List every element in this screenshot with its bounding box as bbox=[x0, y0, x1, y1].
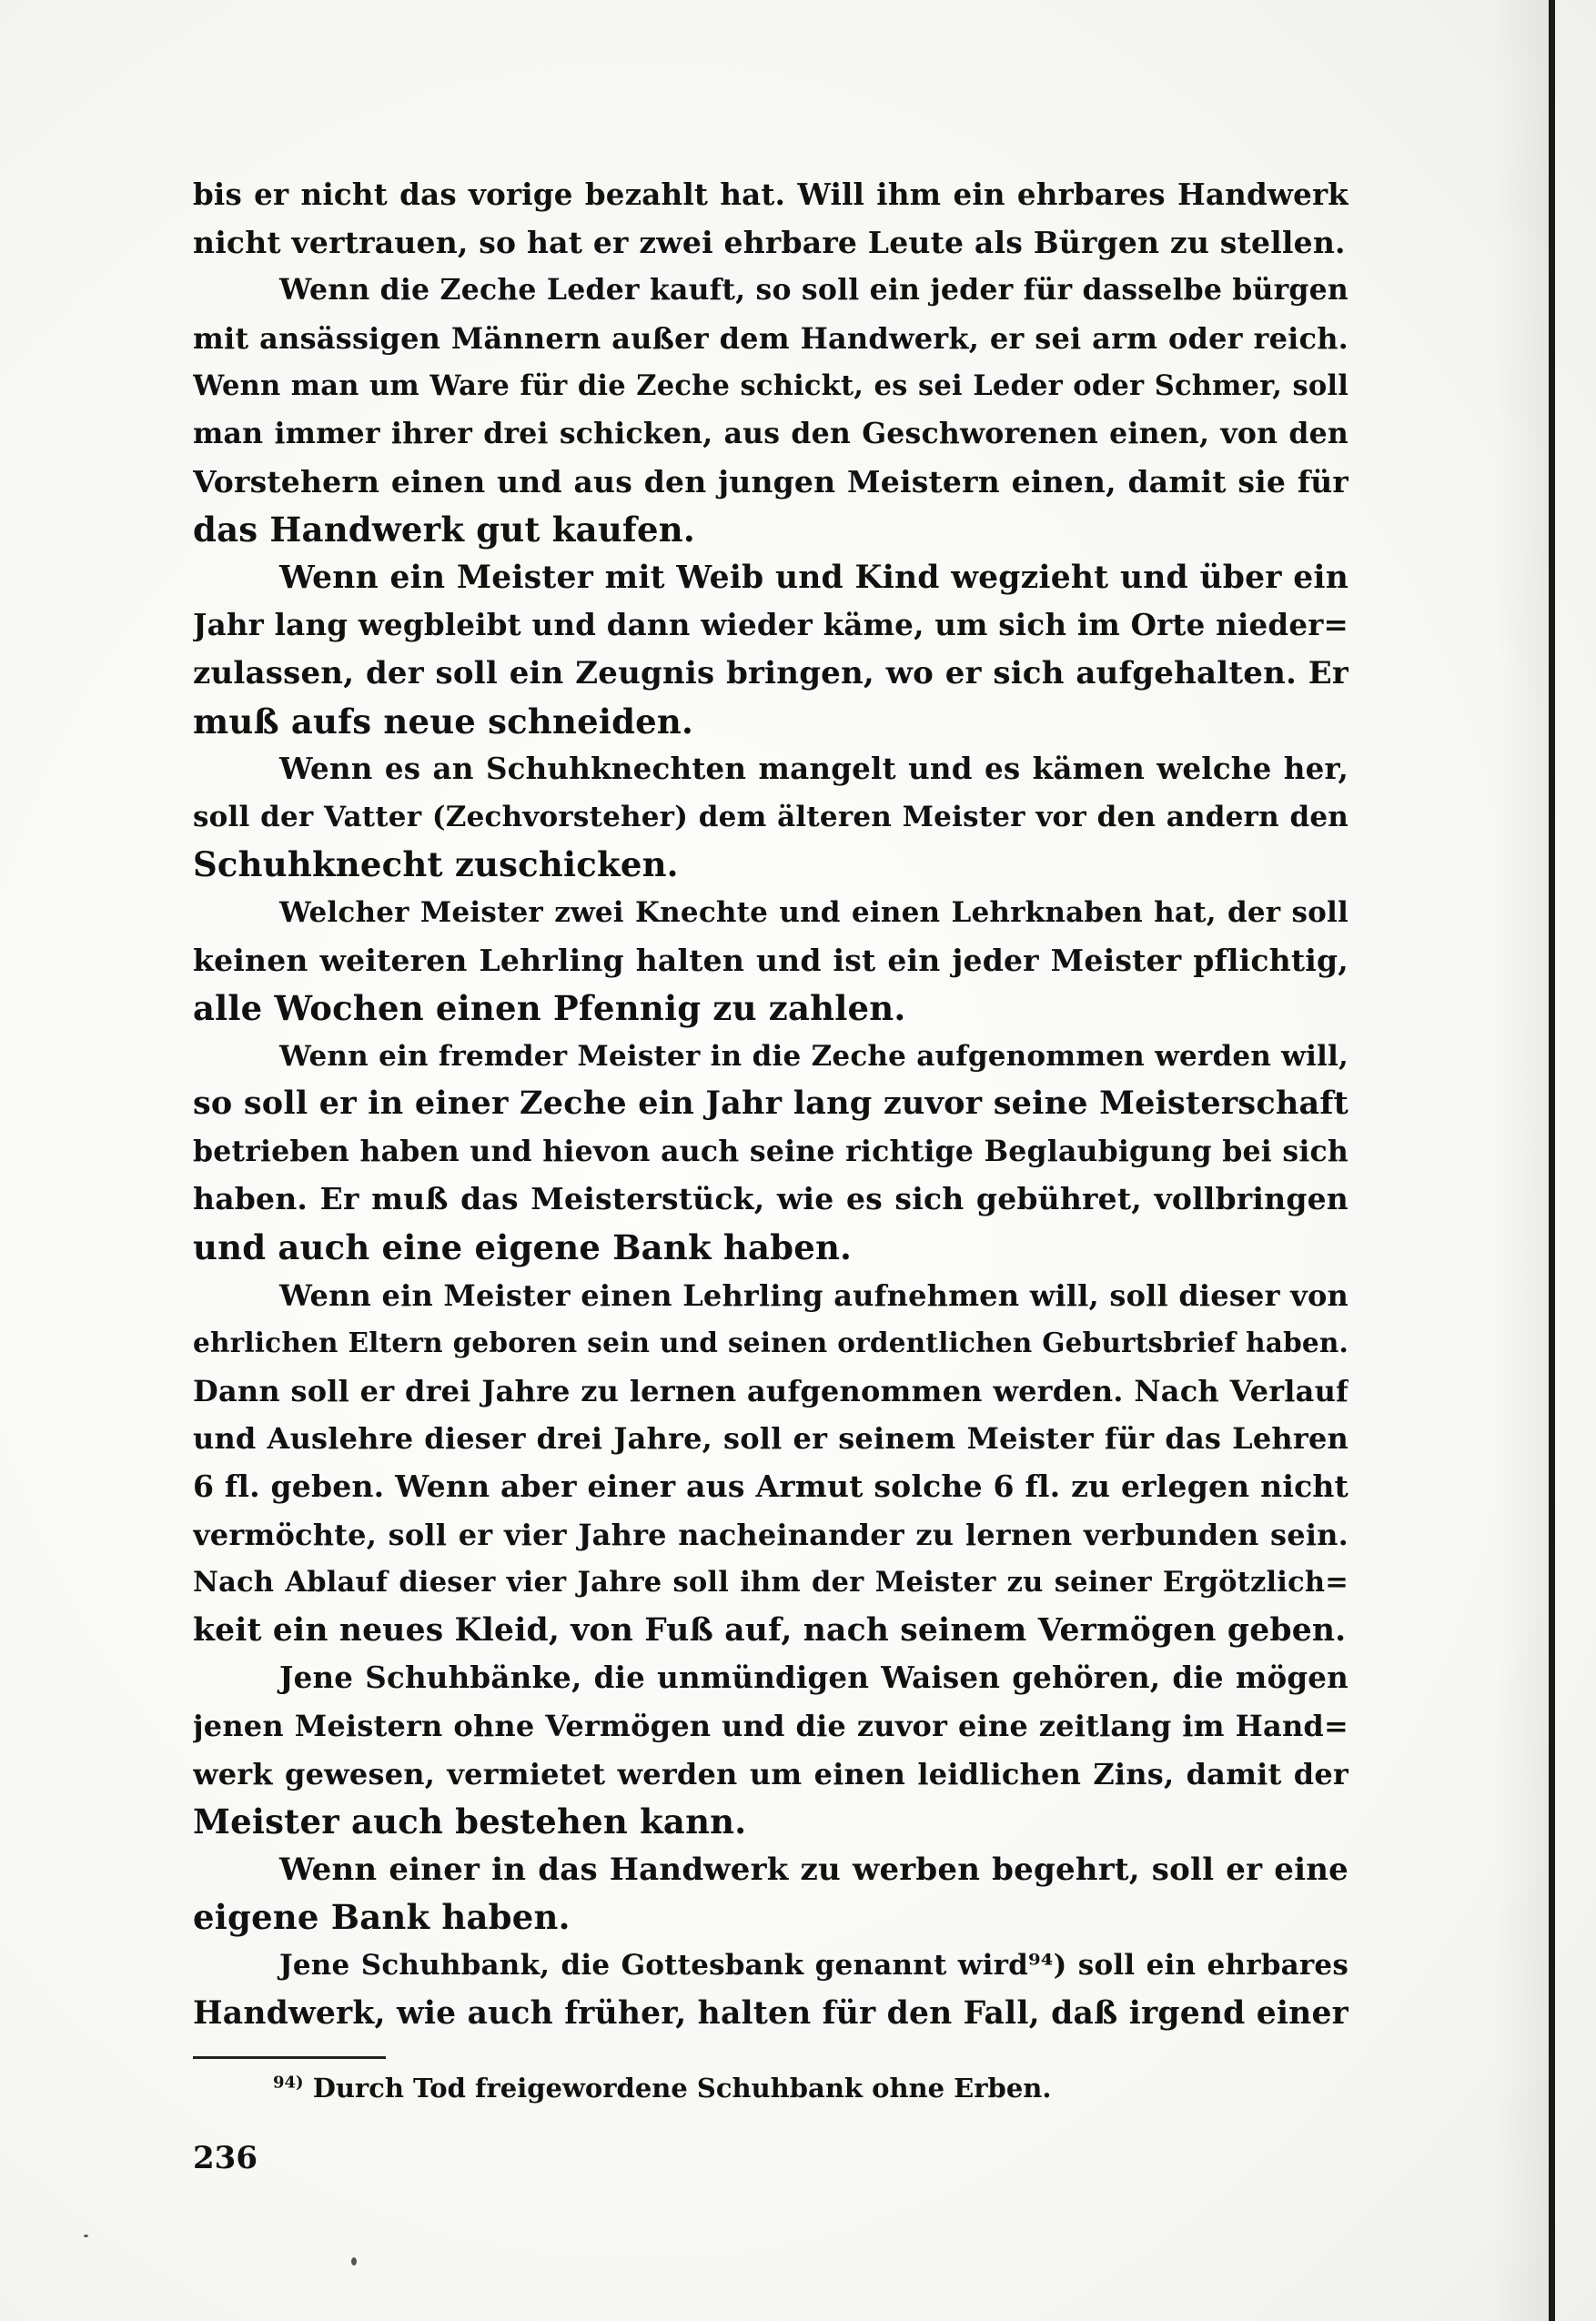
text-line: Vorstehern einen und aus den jungen Meis… bbox=[193, 459, 1349, 507]
text-line: vermöchte, soll er vier Jahre nacheinand… bbox=[193, 1511, 1349, 1559]
text-line: nicht vertrauen, so hat er zwei ehrbare … bbox=[193, 219, 1349, 267]
text-line: eigene Bank haben. bbox=[193, 1893, 1349, 1942]
book-binding-edge bbox=[1549, 0, 1555, 2321]
text-line: zulassen, der soll ein Zeugnis bringen, … bbox=[193, 650, 1349, 698]
text-line: und Auslehre dieser drei Jahre, soll er … bbox=[193, 1415, 1349, 1463]
text-line: und auch eine eigene Bank haben. bbox=[193, 1224, 1349, 1272]
text-line: Wenn man um Ware für die Zeche schickt, … bbox=[193, 362, 1349, 410]
text-line: Wenn ein fremder Meister in die Zeche au… bbox=[193, 1033, 1349, 1081]
text-line: Jene Schuhbänke, die unmündigen Waisen g… bbox=[193, 1654, 1349, 1702]
text-line: Wenn es an Schuhknechten mangelt und es … bbox=[193, 745, 1349, 793]
text-line: betrieben haben und hievon auch seine ri… bbox=[193, 1128, 1349, 1176]
footnote-marker: 94) bbox=[273, 2073, 304, 2092]
text-line: Meister auch bestehen kann. bbox=[193, 1798, 1349, 1846]
body-text: bis er nicht das vorige bezahlt hat. Wil… bbox=[193, 171, 1349, 2037]
text-line: haben. Er muß das Meisterstück, wie es s… bbox=[193, 1176, 1349, 1224]
scan-speck bbox=[351, 2257, 357, 2265]
text-line: keinen weiteren Lehrling halten und ist … bbox=[193, 937, 1349, 985]
text-line: Wenn die Zeche Leder kauft, so soll ein … bbox=[193, 267, 1349, 315]
text-line: Schuhknecht zuschicken. bbox=[193, 841, 1349, 889]
text-line: Wenn ein Meister einen Lehrling aufnehme… bbox=[193, 1272, 1349, 1320]
text-line: Wenn einer in das Handwerk zu werben beg… bbox=[193, 1846, 1349, 1894]
scanned-book-page: bis er nicht das vorige bezahlt hat. Wil… bbox=[0, 0, 1596, 2321]
binding-shadow bbox=[1492, 0, 1549, 2321]
text-line: Jene Schuhbank, die Gottesbank genannt w… bbox=[193, 1942, 1349, 1990]
text-line: so soll er in einer Zeche ein Jahr lang … bbox=[193, 1080, 1349, 1128]
text-line: man immer ihrer drei schicken, aus den G… bbox=[193, 410, 1349, 459]
text-line: keit ein neues Kleid, von Fuß auf, nach … bbox=[193, 1607, 1349, 1655]
text-line: ehrlichen Eltern geboren sein und seinen… bbox=[193, 1319, 1349, 1367]
text-line: Welcher Meister zwei Knechte und einen L… bbox=[193, 889, 1349, 937]
text-line: bis er nicht das vorige bezahlt hat. Wil… bbox=[193, 171, 1349, 219]
text-line: Jahr lang wegbleibt und dann wieder käme… bbox=[193, 601, 1349, 650]
scan-speck bbox=[84, 2235, 88, 2237]
footnote-text: Durch Tod freigewordene Schuhbank ohne E… bbox=[313, 2073, 1052, 2104]
text-line: 6 fl. geben. Wenn aber einer aus Armut s… bbox=[193, 1463, 1349, 1511]
text-line: Handwerk, wie auch früher, halten für de… bbox=[193, 1990, 1349, 2038]
footnote-separator bbox=[193, 2056, 386, 2059]
text-line: das Handwerk gut kaufen. bbox=[193, 506, 1349, 554]
text-line: Wenn ein Meister mit Weib und Kind wegzi… bbox=[193, 554, 1349, 602]
text-line: jenen Meistern ohne Vermögen und die zuv… bbox=[193, 1702, 1349, 1751]
text-line: mit ansässigen Männern außer dem Handwer… bbox=[193, 315, 1349, 363]
page-number: 236 bbox=[193, 2140, 258, 2176]
text-line: Dann soll er drei Jahre zu lernen aufgen… bbox=[193, 1367, 1349, 1416]
text-line: soll der Vatter (Zechvorsteher) dem älte… bbox=[193, 793, 1349, 842]
footnote: 94) Durch Tod freigewordene Schuhbank oh… bbox=[273, 2073, 1051, 2104]
text-line: muß aufs neue schneiden. bbox=[193, 698, 1349, 746]
text-line: alle Wochen einen Pfennig zu zahlen. bbox=[193, 984, 1349, 1033]
text-line: werk gewesen, vermietet werden um einen … bbox=[193, 1751, 1349, 1799]
text-line: Nach Ablauf dieser vier Jahre soll ihm d… bbox=[193, 1559, 1349, 1607]
